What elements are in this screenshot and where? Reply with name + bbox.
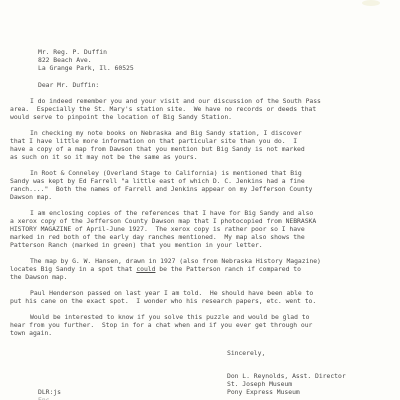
paragraph-2-line-1: In checking my note books on Nebraska an… [30, 129, 302, 137]
paragraph-3-line-4: Dawson map. [10, 193, 52, 201]
paragraph-1-line-1: I do indeed remember you and your visit … [30, 97, 321, 105]
recipient-street: 822 Beach Ave. [38, 56, 92, 64]
paragraph-4-line-4: marked in red both of the early day ranc… [10, 233, 305, 241]
paragraph-1-line-2: area. Especially the St. Mary's station … [10, 105, 316, 113]
reference-initials: DLR:js [38, 388, 61, 396]
paragraph-2-line-3: have a copy of a map from Dawson that yo… [10, 145, 305, 153]
paragraph-7-line-3: town again. [10, 329, 52, 337]
signature-name-title: Don L. Reynolds, Asst. Director [227, 372, 346, 380]
underlined-could: could [136, 265, 155, 273]
paragraph-3-line-3: ranch...." Both the names of Farrell and… [10, 185, 312, 193]
paper-stain [362, 0, 380, 6]
closing: Sincerely, [227, 349, 265, 357]
paragraph-7-line-1: Would be interested to know if you solve… [30, 313, 309, 321]
signature-org-1: St. Joseph Museum [227, 380, 292, 388]
paragraph-4-line-5: Patterson Ranch (marked in green) that y… [10, 241, 263, 249]
paragraph-5-line-2: locates Big Sandy in a spot that could b… [10, 265, 301, 273]
paragraph-5-line-1: The map by G. W. Hansen, drawn in 1927 (… [30, 257, 321, 265]
paragraph-2-line-4: as such on it so it may not be the same … [10, 153, 198, 161]
paragraph-6-line-1: Paul Henderson passed on last year I am … [30, 289, 313, 297]
paragraph-4-line-1: I am enclosing copies of the references … [30, 209, 313, 217]
paragraph-4-line-2: a xerox copy of the Jefferson County Daw… [10, 217, 316, 225]
salutation: Dear Mr. Duffin: [38, 81, 99, 89]
paragraph-3-line-1: In Root & Conneley (Overland Stage to Ca… [30, 169, 302, 177]
signature-org-2: Pony Express Museum [227, 388, 300, 396]
letter-page: Mr. Reg. P. Duffin 822 Beach Ave. La Gra… [0, 0, 400, 400]
recipient-city: La Grange Park, Il. 60525 [38, 64, 134, 72]
paragraph-7-line-2: hear from you further. Stop in for a cha… [10, 321, 312, 329]
paragraph-5-line-2-start: locates Big Sandy in a spot that [10, 265, 136, 273]
paragraph-4-line-3: HISTORY MAGAZINE of April-June 1927. The… [10, 225, 305, 233]
paragraph-1-line-3: would serve to pinpoint the location of … [10, 113, 232, 121]
paragraph-5-line-2-end: be the Patterson ranch if compared to [155, 265, 300, 273]
paragraph-5-line-3: the Dawson map. [10, 273, 67, 281]
enclosure-line: Enc. [38, 396, 53, 400]
paragraph-2-line-2: that I have little more information on t… [10, 137, 297, 145]
recipient-name: Mr. Reg. P. Duffin [38, 48, 107, 56]
paragraph-6-line-2: put his cane on the exact spot. I wonder… [10, 297, 316, 305]
paragraph-3-line-2: Sandy was kept by Ed Farrell "a little e… [10, 177, 305, 185]
